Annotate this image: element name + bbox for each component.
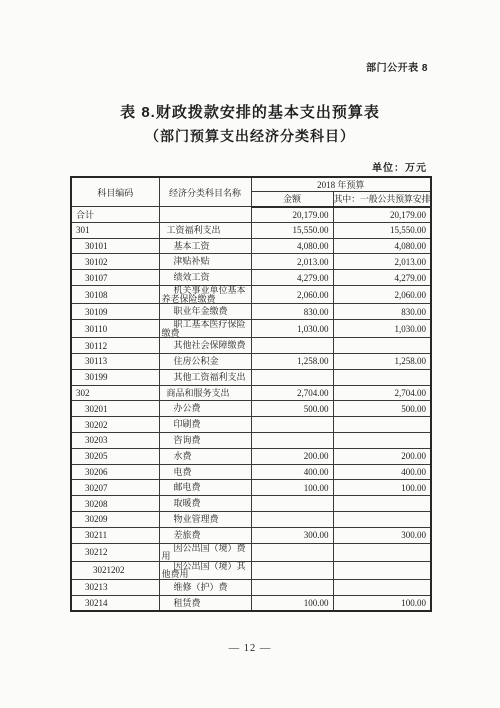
general-budget-cell xyxy=(333,579,431,595)
document-title: 表 8.财政拨款安排的基本支出预算表 （部门预算支出经济分类科目） xyxy=(0,101,500,146)
code-cell: 302 xyxy=(71,385,159,401)
amount-cell xyxy=(251,579,333,595)
table-row: 30201 办公费 500.00 500.00 xyxy=(71,401,431,417)
name-cell: 工资福利支出 xyxy=(159,222,251,238)
general-budget-cell: 2,704.00 xyxy=(333,385,431,401)
code-value: 30108 xyxy=(72,290,108,300)
general-budget-cell xyxy=(333,561,431,579)
table-row: 30108 机关事业单位基本养老保险缴费 2,060.00 2,060.00 xyxy=(71,285,431,303)
code-cell: 30108 xyxy=(71,285,159,303)
general-budget-cell xyxy=(333,511,431,527)
amount-cell xyxy=(251,432,333,448)
name-value: 办公费 xyxy=(162,404,250,413)
name-cell: 维修（护）费 xyxy=(159,579,251,595)
general-budget-cell xyxy=(333,496,431,512)
corner-table-label: 部门公开表 8 xyxy=(366,59,428,74)
code-cell: 30101 xyxy=(71,238,159,254)
general-budget-cell: 400.00 xyxy=(333,464,431,480)
amount-cell: 4,279.00 xyxy=(251,270,333,286)
code-value: 302 xyxy=(72,388,90,398)
code-cell: 30205 xyxy=(71,448,159,464)
amount-cell: 1,258.00 xyxy=(251,353,333,369)
code-value: 30199 xyxy=(72,372,108,382)
table-body: 合计 20,179.00 20,179.00 301 工资福利支出 15,550… xyxy=(71,207,431,611)
table-row: 30113 住房公积金 1,258.00 1,258.00 xyxy=(71,353,431,369)
code-value: 30201 xyxy=(72,404,108,414)
name-value: 取暖费 xyxy=(162,499,250,508)
name-value: 邮电费 xyxy=(162,483,250,492)
code-value: 合计 xyxy=(72,210,94,220)
general-budget-cell: 1,030.00 xyxy=(333,319,431,337)
name-cell: 租赁费 xyxy=(159,595,251,611)
amount-cell xyxy=(251,561,333,579)
name-cell: 咨询费 xyxy=(159,432,251,448)
table-row: 302 商品和服务支出 2,704.00 2,704.00 xyxy=(71,385,431,401)
table-row: 30206 电费 400.00 400.00 xyxy=(71,464,431,480)
code-cell: 30213 xyxy=(71,579,159,595)
table-row: 30199 其他工资福利支出 xyxy=(71,369,431,385)
code-value: 301 xyxy=(72,225,90,235)
name-cell: 机关事业单位基本养老保险缴费 xyxy=(159,285,251,303)
amount-cell: 2,704.00 xyxy=(251,385,333,401)
general-budget-cell: 2,013.00 xyxy=(333,254,431,270)
general-budget-cell: 100.00 xyxy=(333,480,431,496)
code-cell: 30109 xyxy=(71,304,159,320)
name-value: 机关事业单位基本养老保险缴费 xyxy=(162,286,250,303)
name-value: 印刷费 xyxy=(162,420,250,429)
document-page: 部门公开表 8 表 8.财政拨款安排的基本支出预算表 （部门预算支出经济分类科目… xyxy=(0,0,500,708)
name-cell: 住房公积金 xyxy=(159,353,251,369)
code-cell: 30212 xyxy=(71,543,159,561)
name-cell: 印刷费 xyxy=(159,417,251,433)
name-value: 工资福利支出 xyxy=(162,226,250,235)
amount-cell: 400.00 xyxy=(251,464,333,480)
general-budget-cell: 2,060.00 xyxy=(333,285,431,303)
name-value: 住房公积金 xyxy=(162,357,250,366)
name-cell: 津贴补贴 xyxy=(159,254,251,270)
code-value: 30101 xyxy=(72,241,108,251)
name-cell: 职业年金缴费 xyxy=(159,304,251,320)
general-budget-cell: 20,179.00 xyxy=(333,207,431,223)
unit-note: 单位：万元 xyxy=(372,159,427,174)
code-value: 30110 xyxy=(72,324,107,334)
code-cell: 301 xyxy=(71,222,159,238)
amount-cell: 100.00 xyxy=(251,595,333,611)
code-value: 30109 xyxy=(72,307,108,317)
general-budget-cell: 100.00 xyxy=(333,595,431,611)
header-name: 经济分类科目名称 xyxy=(159,177,251,207)
name-cell: 其他工资福利支出 xyxy=(159,369,251,385)
general-budget-cell xyxy=(333,543,431,561)
name-cell: 电费 xyxy=(159,464,251,480)
table-row: 30203 咨询费 xyxy=(71,432,431,448)
name-value: 商品和服务支出 xyxy=(162,389,250,398)
code-value: 30102 xyxy=(72,257,108,267)
header-code: 科目编码 xyxy=(71,177,159,207)
amount-cell: 830.00 xyxy=(251,304,333,320)
name-cell: 邮电费 xyxy=(159,480,251,496)
table-row: 3021202 因公出国（境）其他费用 xyxy=(71,561,431,579)
name-cell: 取暖费 xyxy=(159,496,251,512)
table-row: 30208 取暖费 xyxy=(71,496,431,512)
header-year-group: 2018 年预算 xyxy=(251,177,431,192)
name-value: 水费 xyxy=(162,452,250,461)
title-line-2: （部门预算支出经济分类科目） xyxy=(0,126,500,146)
general-budget-cell: 1,258.00 xyxy=(333,353,431,369)
name-value: 维修（护）费 xyxy=(162,583,250,592)
table-row: 30209 物业管理费 xyxy=(71,511,431,527)
amount-cell: 100.00 xyxy=(251,480,333,496)
table-row: 301 工资福利支出 15,550.00 15,550.00 xyxy=(71,222,431,238)
amount-cell: 20,179.00 xyxy=(251,207,333,223)
name-cell: 职工基本医疗保险缴费 xyxy=(159,319,251,337)
name-value: 基本工资 xyxy=(162,242,250,251)
amount-cell xyxy=(251,417,333,433)
code-cell: 30207 xyxy=(71,480,159,496)
table-row: 30102 津贴补贴 2,013.00 2,013.00 xyxy=(71,254,431,270)
code-cell: 合计 xyxy=(71,207,159,223)
name-cell: 因公出国（境）费用 xyxy=(159,543,251,561)
general-budget-cell: 200.00 xyxy=(333,448,431,464)
amount-cell: 200.00 xyxy=(251,448,333,464)
code-value: 30112 xyxy=(72,341,107,351)
code-cell: 30202 xyxy=(71,417,159,433)
name-cell: 差旅费 xyxy=(159,527,251,543)
table-row: 30214 租赁费 100.00 100.00 xyxy=(71,595,431,611)
code-value: 30206 xyxy=(72,467,108,477)
general-budget-cell xyxy=(333,417,431,433)
code-cell: 30199 xyxy=(71,369,159,385)
code-cell: 30107 xyxy=(71,270,159,286)
table-row: 30101 基本工资 4,080.00 4,080.00 xyxy=(71,238,431,254)
general-budget-cell: 300.00 xyxy=(333,527,431,543)
code-value: 30211 xyxy=(72,530,107,540)
amount-cell: 15,550.00 xyxy=(251,222,333,238)
name-cell xyxy=(159,207,251,223)
code-cell: 30110 xyxy=(71,319,159,337)
code-value: 30113 xyxy=(72,356,107,366)
budget-table: 科目编码 经济分类科目名称 2018 年预算 金额 其中：一般公共预算安排 合计… xyxy=(70,176,432,612)
table-header: 科目编码 经济分类科目名称 2018 年预算 金额 其中：一般公共预算安排 xyxy=(71,177,431,207)
general-budget-cell: 830.00 xyxy=(333,304,431,320)
general-budget-cell xyxy=(333,432,431,448)
table-row: 30109 职业年金缴费 830.00 830.00 xyxy=(71,304,431,320)
amount-cell: 4,080.00 xyxy=(251,238,333,254)
amount-cell xyxy=(251,496,333,512)
code-cell: 30211 xyxy=(71,527,159,543)
table-row: 30211 差旅费 300.00 300.00 xyxy=(71,527,431,543)
amount-cell: 2,013.00 xyxy=(251,254,333,270)
name-value: 差旅费 xyxy=(162,531,250,540)
table-row: 30202 印刷费 xyxy=(71,417,431,433)
name-value: 其他社会保障缴费 xyxy=(162,341,250,350)
code-value: 30202 xyxy=(72,420,108,430)
table-row: 30213 维修（护）费 xyxy=(71,579,431,595)
name-value: 职业年金缴费 xyxy=(162,307,250,316)
name-cell: 基本工资 xyxy=(159,238,251,254)
name-cell: 水费 xyxy=(159,448,251,464)
table-row: 30205 水费 200.00 200.00 xyxy=(71,448,431,464)
table-row: 合计 20,179.00 20,179.00 xyxy=(71,207,431,223)
code-value: 3021202 xyxy=(72,565,125,575)
amount-cell: 500.00 xyxy=(251,401,333,417)
code-cell: 30102 xyxy=(71,254,159,270)
name-value: 租赁费 xyxy=(162,599,250,608)
code-value: 30107 xyxy=(72,273,108,283)
table-row: 30112 其他社会保障缴费 xyxy=(71,338,431,354)
amount-cell xyxy=(251,369,333,385)
code-value: 30214 xyxy=(72,598,108,608)
page-number: — 12 — xyxy=(0,643,500,654)
name-value: 职工基本医疗保险缴费 xyxy=(162,320,250,337)
code-value: 30208 xyxy=(72,499,108,509)
amount-cell xyxy=(251,338,333,354)
general-budget-cell: 4,080.00 xyxy=(333,238,431,254)
code-cell: 30208 xyxy=(71,496,159,512)
amount-cell xyxy=(251,511,333,527)
general-budget-cell xyxy=(333,369,431,385)
name-value: 绩效工资 xyxy=(162,273,250,282)
name-value: 电费 xyxy=(162,468,250,477)
code-cell: 30203 xyxy=(71,432,159,448)
name-cell: 办公费 xyxy=(159,401,251,417)
code-cell: 30113 xyxy=(71,353,159,369)
table-row: 30107 绩效工资 4,279.00 4,279.00 xyxy=(71,270,431,286)
name-cell: 绩效工资 xyxy=(159,270,251,286)
name-value: 因公出国（境）费用 xyxy=(162,544,250,561)
header-amount: 金额 xyxy=(251,192,333,207)
name-cell: 因公出国（境）其他费用 xyxy=(159,561,251,579)
table-row: 30110 职工基本医疗保险缴费 1,030.00 1,030.00 xyxy=(71,319,431,337)
header-general-budget: 其中：一般公共预算安排 xyxy=(333,192,431,207)
title-line-1: 表 8.财政拨款安排的基本支出预算表 xyxy=(0,101,500,122)
code-cell: 30209 xyxy=(71,511,159,527)
name-value: 咨询费 xyxy=(162,436,250,445)
code-value: 30207 xyxy=(72,483,108,493)
code-value: 30213 xyxy=(72,582,108,592)
general-budget-cell: 4,279.00 xyxy=(333,270,431,286)
table-row: 30207 邮电费 100.00 100.00 xyxy=(71,480,431,496)
code-cell: 30201 xyxy=(71,401,159,417)
general-budget-cell: 500.00 xyxy=(333,401,431,417)
name-value: 津贴补贴 xyxy=(162,257,250,266)
code-cell: 3021202 xyxy=(71,561,159,579)
name-cell: 其他社会保障缴费 xyxy=(159,338,251,354)
code-value: 30205 xyxy=(72,451,108,461)
name-value: 其他工资福利支出 xyxy=(162,373,250,382)
amount-cell: 300.00 xyxy=(251,527,333,543)
table-row: 30212 因公出国（境）费用 xyxy=(71,543,431,561)
code-value: 30203 xyxy=(72,435,108,445)
amount-cell: 1,030.00 xyxy=(251,319,333,337)
general-budget-cell: 15,550.00 xyxy=(333,222,431,238)
code-cell: 30214 xyxy=(71,595,159,611)
name-cell: 物业管理费 xyxy=(159,511,251,527)
amount-cell: 2,060.00 xyxy=(251,285,333,303)
code-cell: 30112 xyxy=(71,338,159,354)
code-cell: 30206 xyxy=(71,464,159,480)
code-value: 30212 xyxy=(72,547,108,557)
name-cell: 商品和服务支出 xyxy=(159,385,251,401)
amount-cell xyxy=(251,543,333,561)
header-row-group: 科目编码 经济分类科目名称 2018 年预算 xyxy=(71,177,431,192)
code-value: 30209 xyxy=(72,514,108,524)
name-value: 因公出国（境）其他费用 xyxy=(162,562,250,579)
general-budget-cell xyxy=(333,338,431,354)
name-value: 物业管理费 xyxy=(162,515,250,524)
